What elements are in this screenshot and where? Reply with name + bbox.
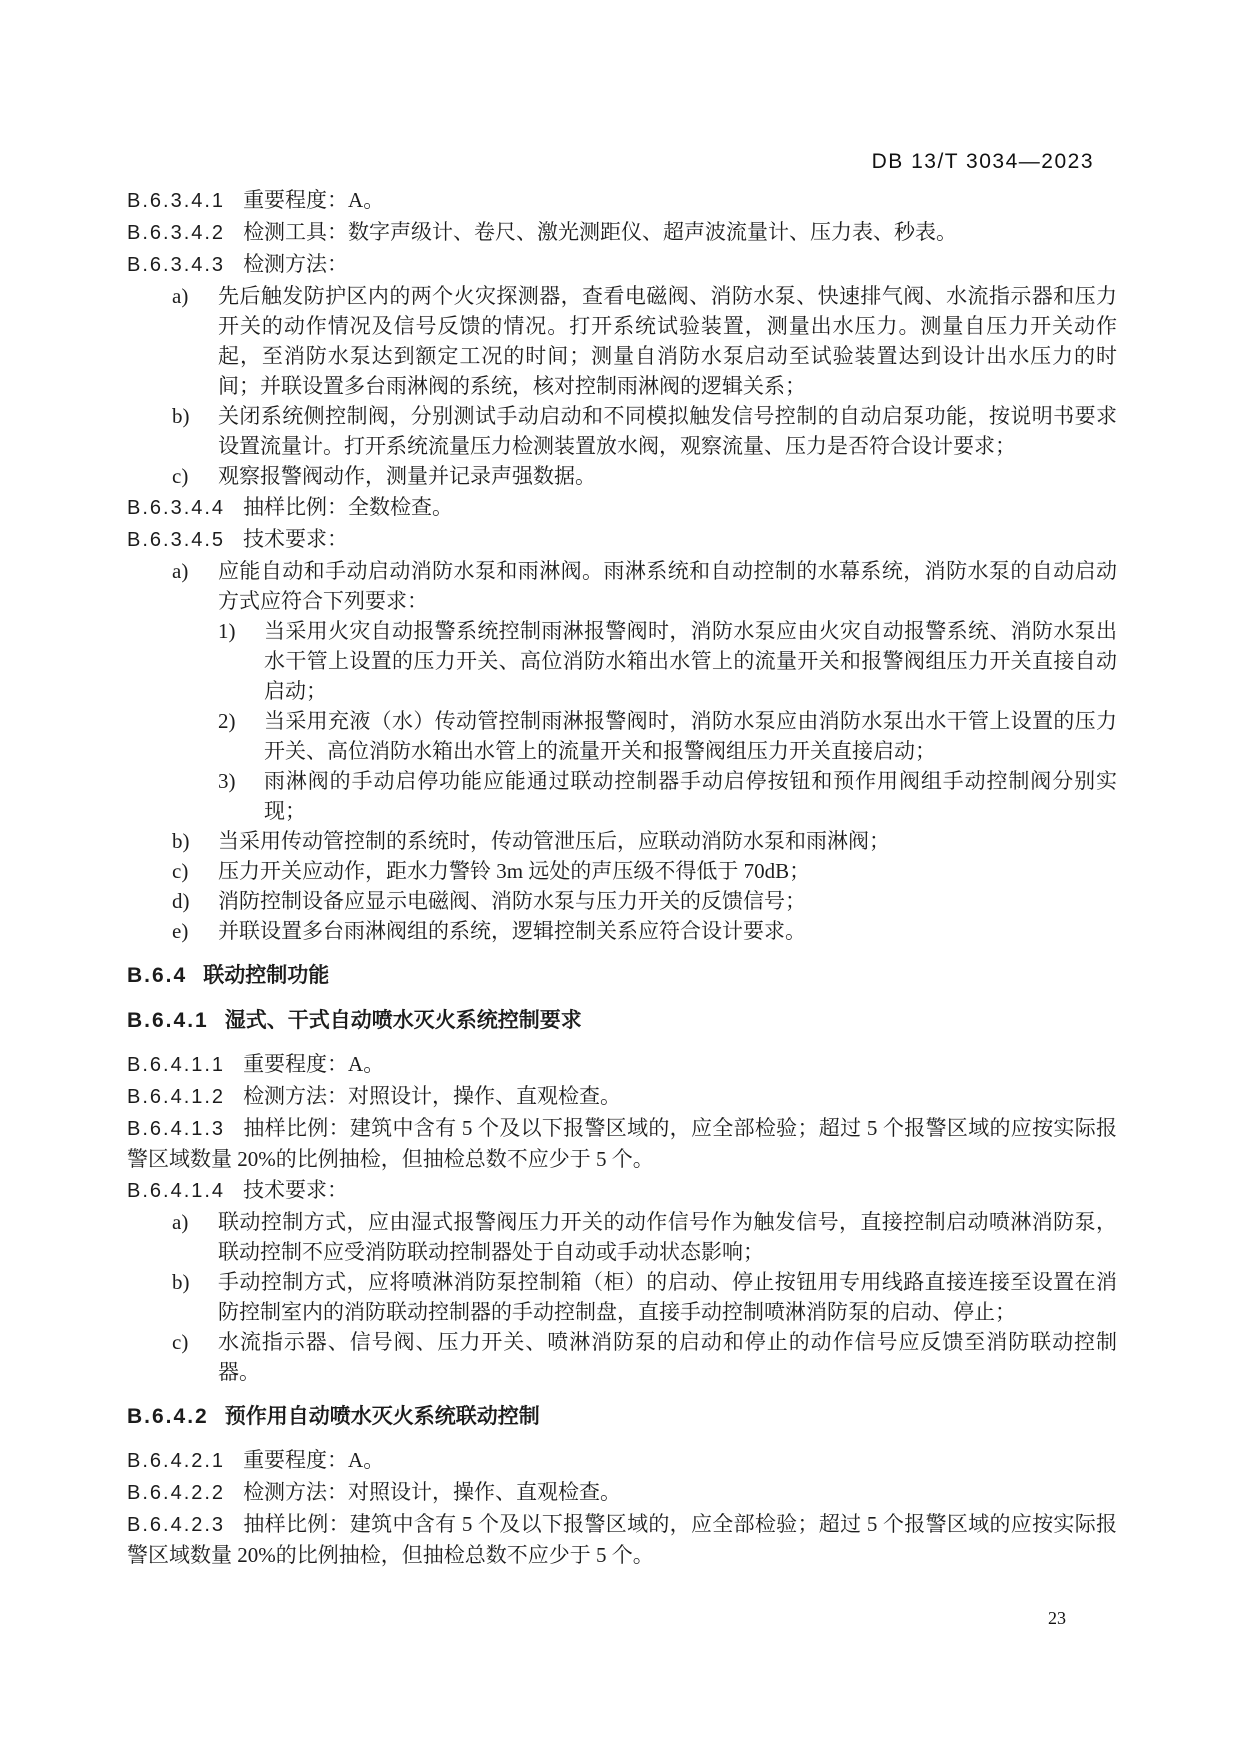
clause-number: B.6.4.1.2	[127, 1086, 243, 1108]
list-text: 先后触发防护区内的两个火灾探测器，查看电磁阀、消防水泵、快速排气阀、水流指示器和…	[218, 281, 1117, 401]
list-item: a)应能自动和手动启动消防水泵和雨淋阀。雨淋系统和自动控制的水幕系统，消防水泵的…	[127, 556, 1117, 616]
clause-text: 预作用自动喷水灭火系统联动控制	[225, 1405, 540, 1428]
document-body: B.6.3.4.1重要程度：A。B.6.3.4.2检测工具：数字声级计、卷尺、激…	[127, 184, 1117, 1571]
list-text: 雨淋阀的手动启停功能应能通过联动控制器手动启停按钮和预作用阀组手动控制阀分别实现…	[264, 766, 1117, 826]
clause-number: B.6.4.1.3	[127, 1118, 243, 1140]
list-marker: b)	[172, 401, 218, 461]
list-item: b)关闭系统侧控制阀，分别测试手动启动和不同模拟触发信号控制的自动启泵功能，按说…	[127, 401, 1117, 461]
clause-number: B.6.4.2.1	[127, 1450, 243, 1472]
list-text: 当采用充液（水）传动管控制雨淋报警阀时，消防水泵应由消防水泵出水干管上设置的压力…	[264, 706, 1117, 766]
list-item: 3)雨淋阀的手动启停功能应能通过联动控制器手动启停按钮和预作用阀组手动控制阀分别…	[127, 766, 1117, 826]
clause-text: 联动控制功能	[203, 964, 329, 987]
list-text: 水流指示器、信号阀、压力开关、喷淋消防泵的启动和停止的动作信号应反馈至消防联动控…	[218, 1327, 1117, 1387]
list-item: a)先后触发防护区内的两个火灾探测器，查看电磁阀、消防水泵、快速排气阀、水流指示…	[127, 281, 1117, 401]
list-text: 当采用火灾自动报警系统控制雨淋报警阀时，消防水泵应由火灾自动报警系统、消防水泵出…	[264, 616, 1117, 706]
page-number: 23	[1048, 1608, 1066, 1629]
clause-number: B.6.4.1.4	[127, 1180, 243, 1202]
clause-text: 技术要求：	[243, 1178, 348, 1202]
clause-number: B.6.3.4.4	[127, 497, 243, 519]
list-text: 联动控制方式，应由湿式报警阀压力开关的动作信号作为触发信号，直接控制启动喷淋消防…	[218, 1207, 1117, 1267]
clause-paragraph: B.6.4.1.3抽样比例：建筑中含有 5 个及以下报警区域的，应全部检验；超过…	[127, 1113, 1117, 1174]
section-heading: B.6.4.1湿式、干式自动喷水灭火系统控制要求	[127, 1006, 1117, 1036]
clause-number: B.6.3.4.5	[127, 529, 243, 551]
clause-text: 技术要求：	[243, 527, 348, 551]
list-marker: 1)	[218, 616, 264, 706]
clause-paragraph: B.6.4.2.3抽样比例：建筑中含有 5 个及以下报警区域的，应全部检验；超过…	[127, 1509, 1117, 1570]
clause-text: 抽样比例：全数检查。	[243, 495, 453, 519]
list-marker: c)	[172, 1327, 218, 1387]
list-marker: c)	[172, 461, 218, 491]
clause-number: B.6.4.1	[127, 1009, 225, 1032]
clause-number: B.6.3.4.3	[127, 254, 243, 276]
clause-paragraph: B.6.3.4.5技术要求：	[127, 524, 1117, 555]
list-text: 压力开关应动作，距水力警铃 3m 远处的声压级不得低于 70dB；	[218, 856, 1117, 886]
list-text: 当采用传动管控制的系统时，传动管泄压后，应联动消防水泵和雨淋阀；	[218, 826, 1117, 856]
clause-paragraph: B.6.4.1.2检测方法：对照设计，操作、直观检查。	[127, 1081, 1117, 1112]
clause-paragraph: B.6.4.1.1重要程度：A。	[127, 1049, 1117, 1080]
list-marker: c)	[172, 856, 218, 886]
list-item: a)联动控制方式，应由湿式报警阀压力开关的动作信号作为触发信号，直接控制启动喷淋…	[127, 1207, 1117, 1267]
list-marker: b)	[172, 1267, 218, 1327]
clause-paragraph: B.6.3.4.1重要程度：A。	[127, 185, 1117, 216]
list-item: c)观察报警阀动作，测量并记录声强数据。	[127, 461, 1117, 491]
clause-text: 检测工具：数字声级计、卷尺、激光测距仪、超声波流量计、压力表、秒表。	[243, 220, 957, 244]
list-item: e)并联设置多台雨淋阀组的系统，逻辑控制关系应符合设计要求。	[127, 916, 1117, 946]
clause-number: B.6.3.4.1	[127, 190, 243, 212]
list-marker: e)	[172, 916, 218, 946]
doc-number: DB 13/T 3034—2023	[872, 150, 1094, 173]
clause-text: 重要程度：A。	[243, 1448, 384, 1472]
clause-number: B.6.4.1.1	[127, 1054, 243, 1076]
list-item: 2)当采用充液（水）传动管控制雨淋报警阀时，消防水泵应由消防水泵出水干管上设置的…	[127, 706, 1117, 766]
list-item: b)当采用传动管控制的系统时，传动管泄压后，应联动消防水泵和雨淋阀；	[127, 826, 1117, 856]
section-heading: B.6.4联动控制功能	[127, 961, 1117, 991]
clause-text: 湿式、干式自动喷水灭火系统控制要求	[225, 1009, 582, 1032]
clause-paragraph: B.6.3.4.3检测方法：	[127, 249, 1117, 280]
list-text: 消防控制设备应显示电磁阀、消防水泵与压力开关的反馈信号；	[218, 886, 1117, 916]
clause-number: B.6.4.2.2	[127, 1482, 243, 1504]
clause-text: 检测方法：	[243, 252, 348, 276]
list-item: c)压力开关应动作，距水力警铃 3m 远处的声压级不得低于 70dB；	[127, 856, 1117, 886]
clause-text: 检测方法：对照设计，操作、直观检查。	[243, 1480, 621, 1504]
list-item: d)消防控制设备应显示电磁阀、消防水泵与压力开关的反馈信号；	[127, 886, 1117, 916]
list-marker: 3)	[218, 766, 264, 826]
list-text: 并联设置多台雨淋阀组的系统，逻辑控制关系应符合设计要求。	[218, 916, 1117, 946]
clause-number: B.6.3.4.2	[127, 222, 243, 244]
list-marker: 2)	[218, 706, 264, 766]
list-item: 1)当采用火灾自动报警系统控制雨淋报警阀时，消防水泵应由火灾自动报警系统、消防水…	[127, 616, 1117, 706]
clause-text: 重要程度：A。	[243, 1052, 384, 1076]
clause-paragraph: B.6.4.1.4技术要求：	[127, 1175, 1117, 1206]
list-marker: a)	[172, 1207, 218, 1267]
clause-text: 检测方法：对照设计，操作、直观检查。	[243, 1084, 621, 1108]
clause-text: 抽样比例：建筑中含有 5 个及以下报警区域的，应全部检验；超过 5 个报警区域的…	[127, 1116, 1117, 1171]
clause-number: B.6.4.2	[127, 1405, 225, 1428]
document-header: DB 13/T 3034—2023	[872, 150, 1094, 174]
clause-paragraph: B.6.3.4.4抽样比例：全数检查。	[127, 492, 1117, 523]
list-marker: a)	[172, 556, 218, 616]
clause-paragraph: B.6.4.2.1重要程度：A。	[127, 1445, 1117, 1476]
clause-paragraph: B.6.4.2.2检测方法：对照设计，操作、直观检查。	[127, 1477, 1117, 1508]
section-heading: B.6.4.2预作用自动喷水灭火系统联动控制	[127, 1402, 1117, 1432]
list-text: 关闭系统侧控制阀，分别测试手动启动和不同模拟触发信号控制的自动启泵功能，按说明书…	[218, 401, 1117, 461]
clause-number: B.6.4	[127, 964, 203, 987]
document-page: DB 13/T 3034—2023 B.6.3.4.1重要程度：A。B.6.3.…	[0, 0, 1240, 1755]
list-item: c)水流指示器、信号阀、压力开关、喷淋消防泵的启动和停止的动作信号应反馈至消防联…	[127, 1327, 1117, 1387]
list-text: 应能自动和手动启动消防水泵和雨淋阀。雨淋系统和自动控制的水幕系统，消防水泵的自动…	[218, 556, 1117, 616]
list-marker: d)	[172, 886, 218, 916]
clause-text: 重要程度：A。	[243, 188, 384, 212]
clause-text: 抽样比例：建筑中含有 5 个及以下报警区域的，应全部检验；超过 5 个报警区域的…	[127, 1512, 1117, 1567]
list-marker: a)	[172, 281, 218, 401]
list-text: 手动控制方式，应将喷淋消防泵控制箱（柜）的启动、停止按钮用专用线路直接连接至设置…	[218, 1267, 1117, 1327]
clause-number: B.6.4.2.3	[127, 1514, 243, 1536]
list-item: b)手动控制方式，应将喷淋消防泵控制箱（柜）的启动、停止按钮用专用线路直接连接至…	[127, 1267, 1117, 1327]
clause-paragraph: B.6.3.4.2检测工具：数字声级计、卷尺、激光测距仪、超声波流量计、压力表、…	[127, 217, 1117, 248]
list-marker: b)	[172, 826, 218, 856]
list-text: 观察报警阀动作，测量并记录声强数据。	[218, 461, 1117, 491]
